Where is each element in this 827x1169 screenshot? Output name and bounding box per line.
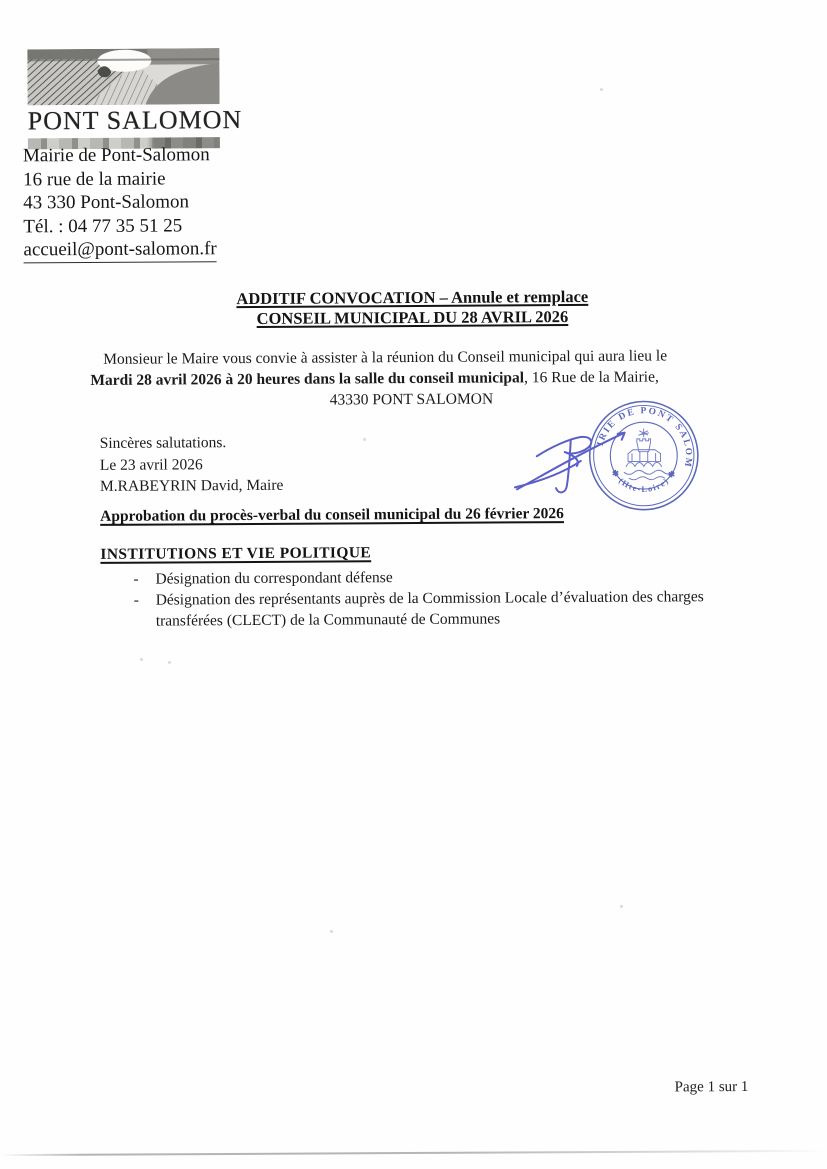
bullet-dash: - xyxy=(134,590,156,611)
logo-engraving-icon xyxy=(27,48,219,105)
approval-heading: Approbation du procès-verbal du conseil … xyxy=(100,505,564,526)
email-address: accueil@pont-salomon.fr xyxy=(23,237,216,263)
mayor-signature-icon xyxy=(511,411,660,507)
agenda-item: - Désignation des représentants auprès d… xyxy=(134,586,719,632)
agenda-item-text: Désignation des représentants auprès de … xyxy=(156,586,719,631)
scanned-letter-page: PONT SALOMON Mairie de Pont-Salomon 16 r… xyxy=(0,0,827,1169)
page-content: PONT SALOMON Mairie de Pont-Salomon 16 r… xyxy=(0,0,827,1169)
page-number: Page 1 sur 1 xyxy=(675,1079,749,1096)
section-heading: INSTITUTIONS ET VIE POLITIQUE xyxy=(100,544,371,564)
closing-signatory: M.RABEYRIN David, Maire xyxy=(100,475,284,498)
scan-speck xyxy=(168,661,171,664)
logo-title: PONT SALOMON xyxy=(28,105,220,136)
agenda-list: - Désignation du correspondant défense -… xyxy=(133,565,718,632)
address-line-city: 43 330 Pont-Salomon xyxy=(23,190,216,215)
scan-speck xyxy=(600,88,603,91)
scan-speck xyxy=(620,905,623,908)
address-line-phone: Tél. : 04 77 35 51 25 xyxy=(23,214,216,239)
document-title: ADDITIF CONVOCATION – Annule et remplace… xyxy=(0,285,826,329)
closing-block: Sincères salutations. Le 23 avril 2026 M… xyxy=(100,432,284,498)
bullet-dash: - xyxy=(133,569,155,590)
scan-speck xyxy=(140,658,143,661)
scan-speck xyxy=(363,438,366,441)
address-line-org: Mairie de Pont-Salomon xyxy=(23,143,216,168)
scan-speck xyxy=(330,930,333,933)
address-line-street: 16 rue de la mairie xyxy=(23,167,216,192)
intro-line-2-rest: , 16 Rue de la Mairie, xyxy=(524,368,659,386)
title-line-2: CONSEIL MUNICIPAL DU 28 AVRIL 2026 xyxy=(0,305,826,330)
closing-salutation: Sincères salutations. xyxy=(100,432,284,455)
agenda-item-text: Désignation du correspondant défense xyxy=(155,567,392,589)
closing-date: Le 23 avril 2026 xyxy=(100,453,284,476)
intro-line-2: Mardi 28 avril 2026 à 20 heures dans la … xyxy=(90,366,732,391)
town-logo: PONT SALOMON xyxy=(27,48,220,149)
intro-bold-datetime: Mardi 28 avril 2026 à 20 heures dans la … xyxy=(90,369,524,389)
address-block: Mairie de Pont-Salomon 16 rue de la mair… xyxy=(23,143,217,263)
